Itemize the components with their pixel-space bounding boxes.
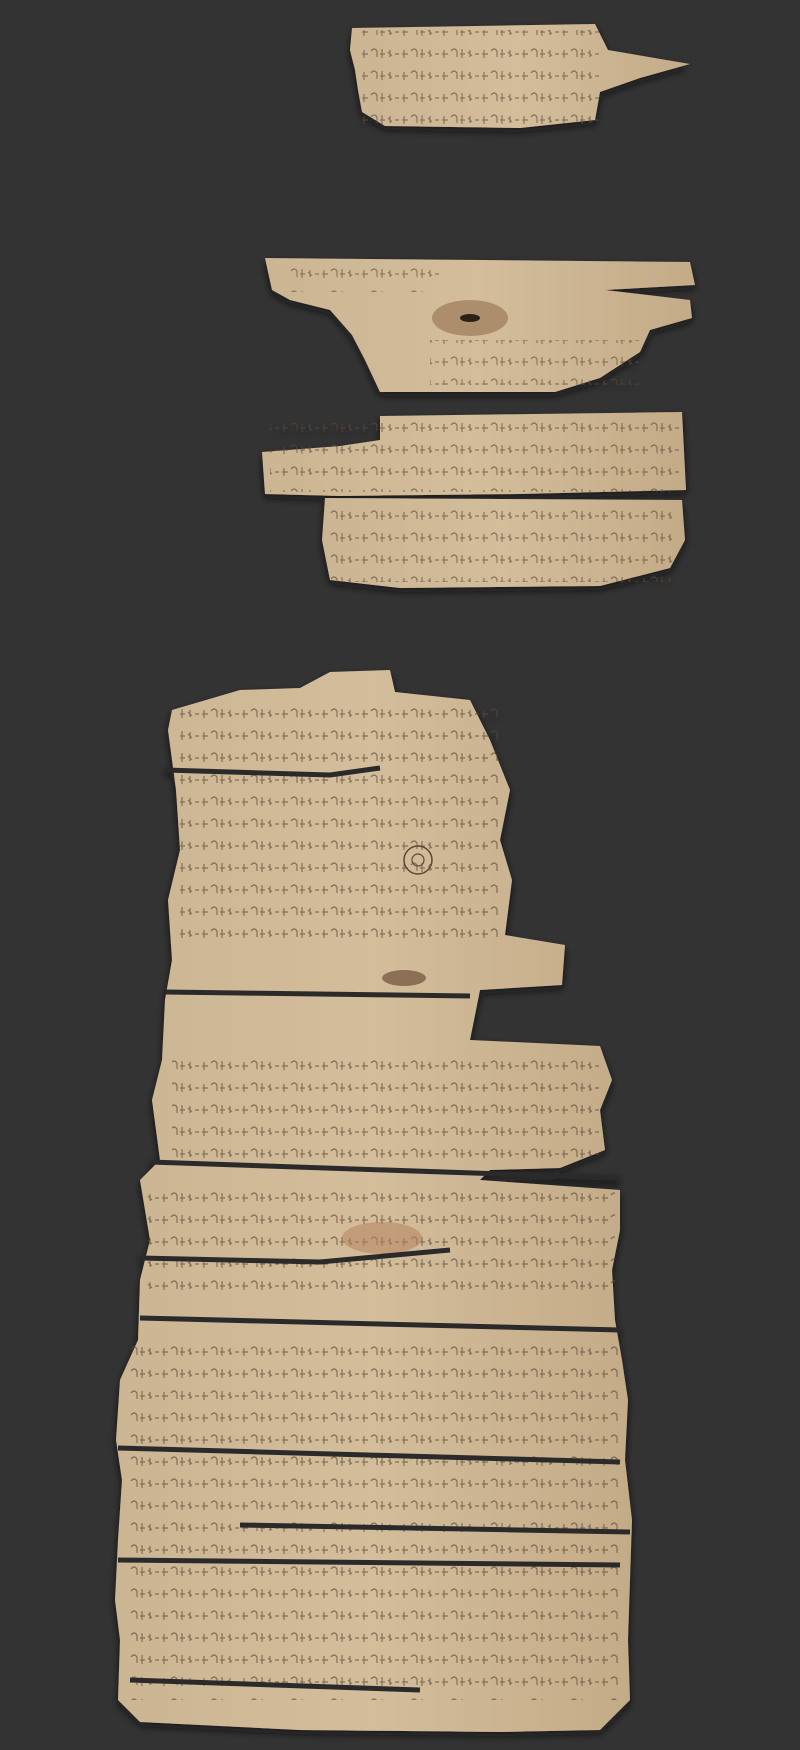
manuscript-photo: [0, 0, 800, 1750]
fragment-4: [115, 670, 632, 1732]
fragment-1: [350, 24, 690, 128]
knot-hole: [382, 970, 426, 986]
fragment-3: [262, 412, 686, 588]
stain: [342, 1222, 422, 1254]
fragment-2: [265, 258, 695, 392]
